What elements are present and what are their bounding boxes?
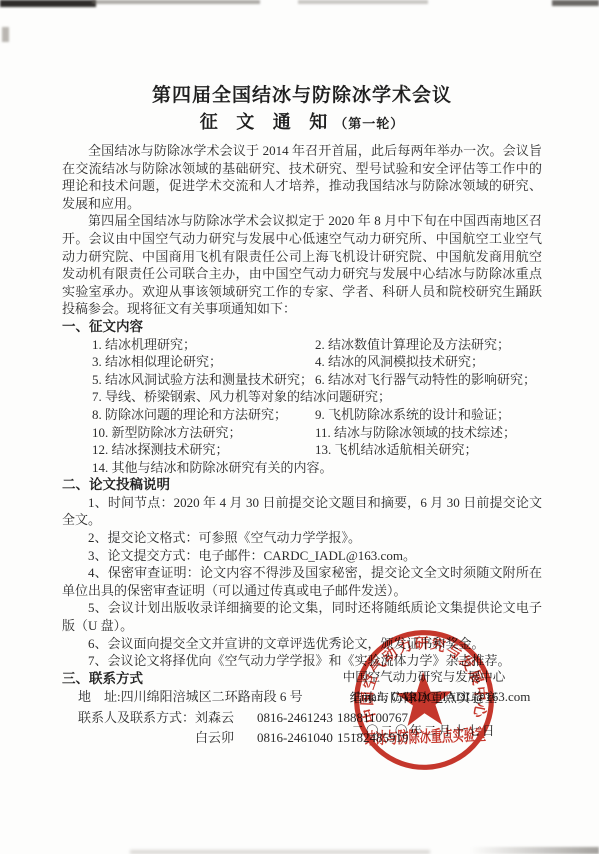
scanned-notice-page: 第四届全国结冰与防除冰学术会议 征 文 通 知（第一轮） 全国结冰与防除冰学术会…: [0, 0, 599, 854]
note-item: 1、时间节点：2020 年 4 月 30 日前提交论文题目和摘要，6 月 30 …: [62, 494, 542, 529]
topic-item: 2. 结冰数值计算理论及方法研究；: [315, 336, 542, 354]
contact-name: 刘森云: [195, 708, 257, 729]
intro-paragraph-2: 第四届全国结冰与防除冰学术会议拟定于 2020 年 8 月中下旬在中国西南地区召…: [62, 212, 542, 318]
intro-paragraph-1: 全国结冰与防除冰学术会议于 2014 年召开首届，此后每两年举办一次。会议旨在交…: [62, 142, 542, 212]
topic-item: 3. 结冰相似理论研究；: [92, 353, 315, 371]
call-for-papers-topics: 1. 结冰机理研究；2. 结冰数值计算理论及方法研究； 3. 结冰相似理论研究；…: [62, 336, 542, 477]
official-red-seal: 中国空气动力研究与发展中心 结冰与防除冰重点实验室: [347, 623, 500, 776]
topic-item: 11. 结冰与防除冰领域的技术综述；: [315, 424, 542, 442]
subtitle-main: 征 文 通 知: [200, 112, 335, 132]
topic-item: 12. 结冰探测技术研究；: [92, 441, 315, 459]
topic-item: 8. 防除冰问题的理论和方法研究；: [92, 406, 315, 424]
note-item: 3、论文提交方式：电子邮件：CARDC_IADL@163.com。: [62, 547, 542, 565]
seal-star-icon: [395, 671, 453, 727]
contact-name: 白云卯: [195, 728, 257, 749]
subtitle-round: （第一轮）: [334, 116, 404, 131]
topic-item: 4. 结冰的风洞模拟技术研究；: [315, 353, 542, 371]
scan-artifact-top: [298, 0, 428, 4]
topic-item: 1. 结冰机理研究；: [92, 336, 315, 354]
contact-phone: 0816-2461040: [257, 728, 337, 749]
contact-phone: 0816-2461243: [257, 708, 337, 729]
document-subtitle: 征 文 通 知（第一轮）: [62, 110, 542, 136]
scan-artifact-bottom: [470, 847, 599, 854]
section-2-heading: 二、论文投稿说明: [62, 476, 542, 494]
topic-item: 14. 其他与结冰和防除冰研究有关的内容。: [92, 459, 542, 477]
topic-item: 7. 导线、桥梁钢索、风力机等对象的结冰问题研究；: [92, 388, 542, 406]
scan-artifact-bottom: [130, 850, 430, 854]
address-value: 四川绵阳涪城区二环路南段 6 号: [121, 689, 303, 704]
seal-banner-text: 结冰与防除冰重点实验室: [364, 725, 486, 748]
address-label: 地 址:: [78, 689, 121, 704]
document-title: 第四届全国结冰与防除冰学术会议: [62, 84, 542, 108]
contacts-label: 联系人及联系方式：: [78, 710, 195, 725]
seal-graphic: 中国空气动力研究与发展中心 结冰与防除冰重点实验室: [347, 623, 500, 776]
topic-item: 13. 飞机结冰适航相关研究；: [315, 441, 542, 459]
topic-item: 5. 结冰风洞试验方法和测量技术研究；: [92, 371, 315, 389]
scan-artifact-top: [0, 0, 96, 7]
section-1-heading: 一、征文内容: [62, 318, 542, 336]
topic-item: 9. 飞机防除冰系统的设计和验证；: [315, 406, 542, 424]
note-item: 2、提交论文格式：可参照《空气动力学学报》。: [62, 529, 542, 547]
topic-item: 6. 结冰对飞行器气动特性的影响研究；: [315, 371, 542, 389]
scan-artifact-top: [552, 0, 599, 6]
scan-artifact-edge: [2, 27, 9, 42]
topic-item: 10. 新型防除冰方法研究；: [92, 424, 315, 442]
scan-artifact-top: [92, 0, 260, 4]
note-item: 4、保密审查证明：论文内容不得涉及国家秘密，提交论文全文时须随文附所在单位出具的…: [62, 564, 542, 599]
